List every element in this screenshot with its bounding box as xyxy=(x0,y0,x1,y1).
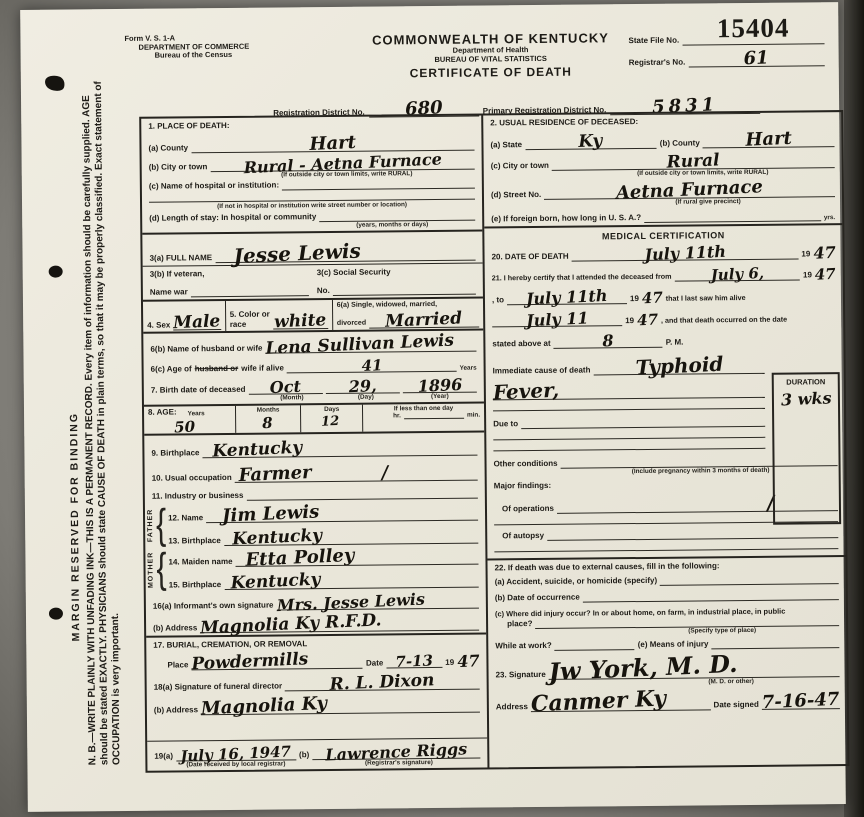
certify-text-5: stated above at xyxy=(492,339,550,350)
ssn-label: 3(c) Social Security xyxy=(317,267,476,279)
occurrence-label: (b) Date of occurrence xyxy=(495,593,580,604)
dod-year-printed: 19 xyxy=(801,249,810,259)
certify-text-1: 21. I hereby certify that I attended the… xyxy=(492,272,672,284)
father-name-value: Jim Lewis xyxy=(222,503,320,525)
cause-line1-value: Typhoid xyxy=(635,354,724,378)
age-years-label: Years xyxy=(188,410,205,417)
mother-name-value: Etta Polley xyxy=(245,547,355,570)
age-days-value: 12 xyxy=(321,414,358,429)
certify-text-4: , and that death occurred on the date xyxy=(661,315,787,326)
registrar-b-label: (b) xyxy=(299,750,309,760)
death-certificate-page: MARGIN RESERVED FOR BINDING N. B.—WRITE … xyxy=(20,2,846,812)
registrar-no-label: Registrar's No. xyxy=(629,58,686,69)
sex-value: Male xyxy=(173,313,221,332)
informant-block: 16(a) Informant's own signature Mrs. Jes… xyxy=(146,589,486,638)
father-brace: { xyxy=(156,505,166,547)
funeral-address-label: (b) Address xyxy=(154,705,198,715)
external-title: 22. If death was due to external causes,… xyxy=(495,560,839,573)
burial-title: 17. BURIAL, CREMATION, OR REMOVAL xyxy=(153,638,479,651)
death-hour-value: 8 xyxy=(602,333,614,349)
county-label: (a) County xyxy=(148,143,188,153)
marital-value: Married xyxy=(385,310,463,330)
duration-box: DURATION 3 wks xyxy=(772,372,841,525)
spouse-value: Lena Sullivan Lewis xyxy=(265,333,454,358)
residence-county-value: Hart xyxy=(745,130,792,150)
date-signed-value: 7-16-47 xyxy=(762,691,840,712)
state-file-number: 15404 xyxy=(717,13,790,45)
age-years-value: 50 xyxy=(174,418,231,436)
informant-address-label: (b) Address xyxy=(153,623,197,633)
cause-of-death-label: Immediate cause of death xyxy=(493,365,591,376)
bureau-census: Bureau of the Census xyxy=(125,51,250,61)
last-alive-value: July 11 xyxy=(526,310,589,329)
attended-from-value: July 6, xyxy=(710,266,764,283)
age-months-label: Months xyxy=(240,406,297,414)
street-label: (d) Street No. xyxy=(491,190,541,200)
injury-label2: place? xyxy=(507,619,532,629)
to-year-printed: 19 xyxy=(630,294,639,304)
veteran-ssn-row: 3(b) If veteran, Name war 3(c) Social Se… xyxy=(143,264,483,302)
birthplace-value: Kentucky xyxy=(212,440,302,461)
occupation-value: Farmer xyxy=(238,464,312,485)
physician-address-label: Address xyxy=(496,702,528,712)
certificate-form: 1. PLACE OF DEATH: (a) County Hart (b) C… xyxy=(139,110,849,773)
sex-race-marital-row: 4. Sex Male 5. Color or race white 6(a) xyxy=(143,299,483,334)
birthplace-label: 9. Birthplace xyxy=(151,448,199,458)
attended-to-value: July 11th xyxy=(526,288,608,308)
county-value: Hart xyxy=(309,134,356,154)
certify-text-3: that I last saw him alive xyxy=(666,293,746,304)
spouse-age-label-post: wife if alive xyxy=(241,363,284,373)
spouse-label: 6(b) Name of husband or wife xyxy=(150,344,262,355)
burial-year-value: 47 xyxy=(457,653,480,670)
cause-line2-value: Fever, xyxy=(492,380,559,403)
marital-label2: divorced xyxy=(337,319,366,329)
date-signed-label: Date signed xyxy=(713,700,758,710)
physician-address-value: Canmer Ky xyxy=(530,687,666,715)
duration-value: 3 wks xyxy=(780,390,831,408)
margin-binding-text: MARGIN RESERVED FOR BINDING xyxy=(66,221,82,641)
age-hr-label: hr. xyxy=(393,412,401,419)
spouse-age-suffix: Years xyxy=(460,365,477,372)
occupation-label: 10. Usual occupation xyxy=(152,473,232,484)
state-file-label: State File No. xyxy=(628,36,679,46)
mother-brace: { xyxy=(156,549,166,591)
place-of-death-title: 1. PLACE OF DEATH: xyxy=(148,119,474,132)
binder-hole xyxy=(49,608,63,620)
burial-year-printed: 19 xyxy=(445,658,454,668)
burial-block: 17. BURIAL, CREMATION, OR REMOVAL Place … xyxy=(146,634,487,717)
to-year-value: 47 xyxy=(642,290,664,306)
ink-blob xyxy=(43,73,67,93)
informant-signature-label: 16(a) Informant's own signature xyxy=(153,601,274,612)
from-year-value: 47 xyxy=(815,267,837,283)
burial-place-label: Place xyxy=(167,660,188,670)
physician-signature-label: 23. Signature xyxy=(496,670,546,680)
spouse-age-strike: husband or xyxy=(195,364,239,374)
city-label: (b) City or town xyxy=(149,162,208,173)
father-birthplace-label: 13. Birthplace xyxy=(168,536,221,547)
age-row: 8. AGE: Years 50 Months 8 Days 12 If les… xyxy=(144,402,484,436)
funeral-director-label: 18(a) Signature of funeral director xyxy=(154,681,283,692)
spouse-block: 6(b) Name of husband or wife Lena Sulliv… xyxy=(143,331,484,405)
certify-text-6: P. M. xyxy=(666,338,684,348)
birthplace-occupation-block: 9. Birthplace Kentucky 10. Usual occupat… xyxy=(144,433,485,504)
left-column: 1. PLACE OF DEATH: (a) County Hart (b) C… xyxy=(141,116,489,771)
spouse-age-label: 6(c) Age of xyxy=(151,364,192,374)
residence-state-label: (a) State xyxy=(490,140,522,150)
race-label: 5. Color or xyxy=(230,310,270,320)
margin-nb-text: N. B.—WRITE PLAINLY WITH UNFADING INK—TH… xyxy=(81,73,138,765)
father-side-label: FATHER xyxy=(147,509,154,543)
mother-birthplace-value: Kentucky xyxy=(230,572,320,593)
accident-label: (a) Accident, suicide, or homicide (spec… xyxy=(495,576,657,588)
received-label: 19(a) xyxy=(154,752,173,762)
residence-county-label: (b) County xyxy=(660,138,700,148)
funeral-address-value: Magnolia Ky xyxy=(201,695,328,719)
father-birthplace-value: Kentucky xyxy=(231,528,321,549)
foreign-suffix: yrs. xyxy=(824,214,835,221)
age-label: 8. AGE: xyxy=(148,407,177,417)
other-conditions-label: Other conditions xyxy=(494,459,558,470)
full-name-row: 3(a) FULL NAME Jesse Lewis xyxy=(142,232,482,267)
occupation-mark: / xyxy=(381,464,388,482)
certify-text-2: , to xyxy=(492,295,504,305)
birth-day-value: 29, xyxy=(348,378,377,395)
residence-state-value: Ky xyxy=(579,133,604,151)
burial-date-label: Date xyxy=(366,658,383,668)
father-group: FATHER { 12. Name Jim Lewis 13. Birthpla… xyxy=(145,501,485,548)
dod-year-value: 47 xyxy=(813,245,836,262)
burial-date-value: 7-13 xyxy=(395,653,433,670)
place-of-death-section: 1. PLACE OF DEATH: (a) County Hart (b) C… xyxy=(141,116,482,235)
hospital-label: (c) Name of hospital or institution: xyxy=(149,180,279,191)
stay-note: (years, months or days) xyxy=(309,221,475,230)
due-to-label: Due to xyxy=(493,419,518,429)
mother-birthplace-label: 15. Birthplace xyxy=(169,580,222,591)
duration-label: DURATION xyxy=(774,374,838,388)
father-name-label: 12. Name xyxy=(168,513,203,523)
file-number-block: State File No. 15404 Registrar's No. 61 xyxy=(628,12,825,68)
full-name-label: 3(a) FULL NAME xyxy=(150,253,213,264)
race-value: white xyxy=(274,312,327,331)
alive-year-value: 47 xyxy=(637,312,659,328)
age-min-label: min. xyxy=(467,412,480,419)
mother-name-label: 14. Maiden name xyxy=(168,557,232,568)
birth-year-value: 1896 xyxy=(417,377,462,395)
full-name-value: Jesse Lewis xyxy=(233,240,361,266)
registrar-row: 19(a) July 16, 1947 (b) Lawrence Riggs (… xyxy=(147,737,487,770)
residence-section: 2. USUAL RESIDENCE OF DECEASED: (a) Stat… xyxy=(483,112,842,228)
while-at-work-label: While at work? xyxy=(495,641,552,652)
veteran-label2: Name war xyxy=(150,287,188,297)
operations-label: Of operations xyxy=(502,504,554,514)
veteran-label: 3(b) If veteran, xyxy=(150,268,309,280)
form-number-block: Form V. S. 1-A DEPARTMENT OF COMMERCE Bu… xyxy=(124,34,249,61)
spouse-age-value: 41 xyxy=(361,358,383,374)
residence-title: 2. USUAL RESIDENCE OF DECEASED: xyxy=(490,115,834,128)
from-year-printed: 19 xyxy=(803,270,812,280)
mother-side-label: MOTHER xyxy=(147,552,154,588)
birth-month-value: Oct xyxy=(270,379,302,396)
informant-address-value: Magnolia Ky R.F.D. xyxy=(200,612,382,637)
funeral-director-value: R. L. Dixon xyxy=(330,672,435,694)
autopsy-label: Of autopsy xyxy=(502,531,544,541)
age-months-value: 8 xyxy=(262,415,297,432)
registrar-number: 61 xyxy=(744,49,770,68)
alive-year-printed: 19 xyxy=(625,316,634,326)
injury-note: (Specify type of place) xyxy=(605,626,839,635)
burial-place-value: Powdermills xyxy=(191,651,309,673)
date-of-death-value: July 11th xyxy=(644,244,726,264)
ssn-label2: No. xyxy=(317,286,330,296)
date-of-death-label: 20. DATE OF DEATH xyxy=(492,252,569,263)
race-label2: race xyxy=(230,320,270,330)
mother-group: MOTHER { 14. Maiden name Etta Polley 15.… xyxy=(145,545,485,592)
age-days-label: Days xyxy=(305,406,358,414)
right-column: 2. USUAL RESIDENCE OF DECEASED: (a) Stat… xyxy=(483,112,847,767)
means-of-injury-label: (e) Means of injury xyxy=(638,639,709,650)
residence-city-label: (c) City or town xyxy=(491,161,549,172)
autopsy-line2 xyxy=(494,538,838,552)
industry-label: 11. Industry or business xyxy=(152,491,244,502)
foreign-born-label: (e) If foreign born, how long in U. S. A… xyxy=(491,213,641,224)
sex-label: 4. Sex xyxy=(147,321,170,331)
binder-hole xyxy=(49,266,63,278)
due-to-line3 xyxy=(493,438,765,452)
external-causes-section: 22. If death was due to external causes,… xyxy=(487,555,846,714)
residence-city-value: Rural xyxy=(666,152,720,171)
